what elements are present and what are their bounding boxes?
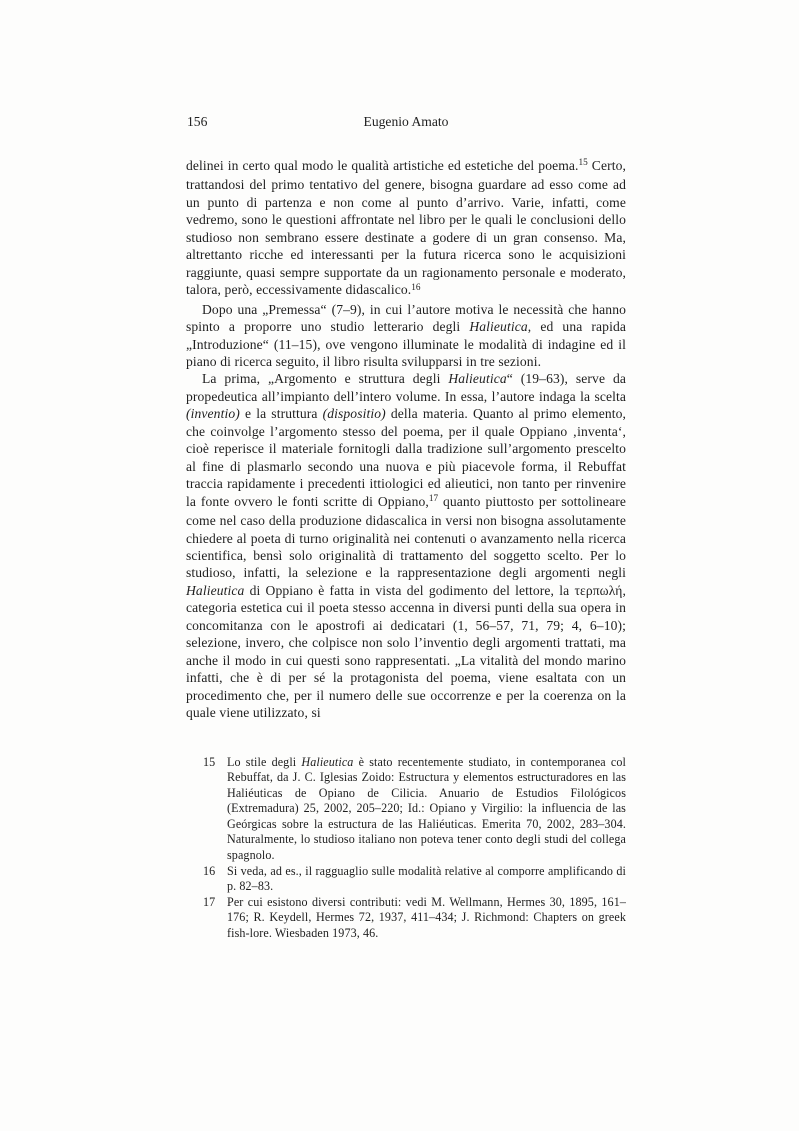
body-text: delinei in certo qual modo le qualità ar… xyxy=(186,157,626,722)
text-column: 156 Eugenio Amato delinei in certo qual … xyxy=(186,114,626,942)
footnote-text: Si veda, ad es., il ragguaglio sulle mod… xyxy=(227,864,626,894)
paragraph: Dopo una „Premessa“ (7–9), in cui l’auto… xyxy=(186,301,626,371)
text-segment: è stato recentemente studiato, in contem… xyxy=(227,755,626,863)
text-segment: (inventio) xyxy=(186,406,240,421)
scanned-page: 156 Eugenio Amato delinei in certo qual … xyxy=(0,0,799,1131)
text-segment: La prima, „Argomento e struttura degli xyxy=(202,371,448,386)
footnote-text: Lo stile degli Halieutica è stato recent… xyxy=(227,755,626,863)
text-segment: Lo stile degli xyxy=(227,755,301,769)
paragraph: La prima, „Argomento e struttura degli H… xyxy=(186,370,626,721)
footnotes: 15Lo stile degli Halieutica è stato rece… xyxy=(186,755,626,942)
footnote-number: 17 xyxy=(203,895,215,911)
footnote-ref: 17 xyxy=(429,493,438,503)
page-header: 156 Eugenio Amato xyxy=(186,114,626,132)
text-segment: delinei in certo qual modo le qualità ar… xyxy=(186,158,579,173)
paragraph: delinei in certo qual modo le qualità ar… xyxy=(186,157,626,301)
footnote-item: 15Lo stile degli Halieutica è stato rece… xyxy=(186,755,626,864)
text-segment: Si veda, ad es., il ragguaglio sulle mod… xyxy=(227,864,626,894)
footnote-ref: 16 xyxy=(411,282,420,292)
text-segment: (dispositio) xyxy=(323,406,386,421)
footnote-number: 16 xyxy=(203,864,215,880)
text-segment: Per cui esistono diversi contributi: ved… xyxy=(227,895,626,940)
text-segment: Halieutica xyxy=(186,583,244,598)
text-segment: Halieutica xyxy=(448,371,506,386)
text-segment: e la struttura xyxy=(240,406,323,421)
footnote-number: 15 xyxy=(203,755,215,771)
text-segment: di Oppiano è fatta in vista del godiment… xyxy=(186,583,626,720)
text-segment: Halieutica xyxy=(301,755,353,769)
footnote-item: 17Per cui esistono diversi contributi: v… xyxy=(186,895,626,942)
text-segment: Halieutica xyxy=(469,319,527,334)
running-head: Eugenio Amato xyxy=(364,114,449,130)
footnote-item: 16Si veda, ad es., il ragguaglio sulle m… xyxy=(186,864,626,895)
text-segment: Certo, trattandosi del primo tentativo d… xyxy=(186,158,626,297)
footnote-ref: 15 xyxy=(579,157,588,167)
footnote-text: Per cui esistono diversi contributi: ved… xyxy=(227,895,626,940)
page-number: 156 xyxy=(187,114,207,130)
